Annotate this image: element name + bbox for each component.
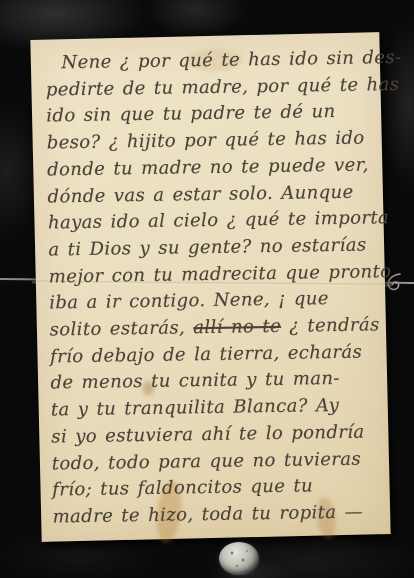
letter-line: todo, todo para que no tuvieras (52, 446, 386, 478)
photo-background: Nene ¿ por qué te has ido sin des-pedirt… (0, 0, 414, 578)
letter-line: mejor con tu madrecita que pronto (49, 259, 383, 291)
letter-text: Nene ¿ por qué te has ido sin des-pedirt… (45, 45, 387, 532)
metal-button (219, 542, 259, 575)
letter-line: madre te hizo, toda tu ropita — (52, 499, 386, 531)
struck-words: allí no te (193, 316, 281, 338)
letter-paper: Nene ¿ por qué te has ido sin des-pedirt… (30, 32, 390, 542)
